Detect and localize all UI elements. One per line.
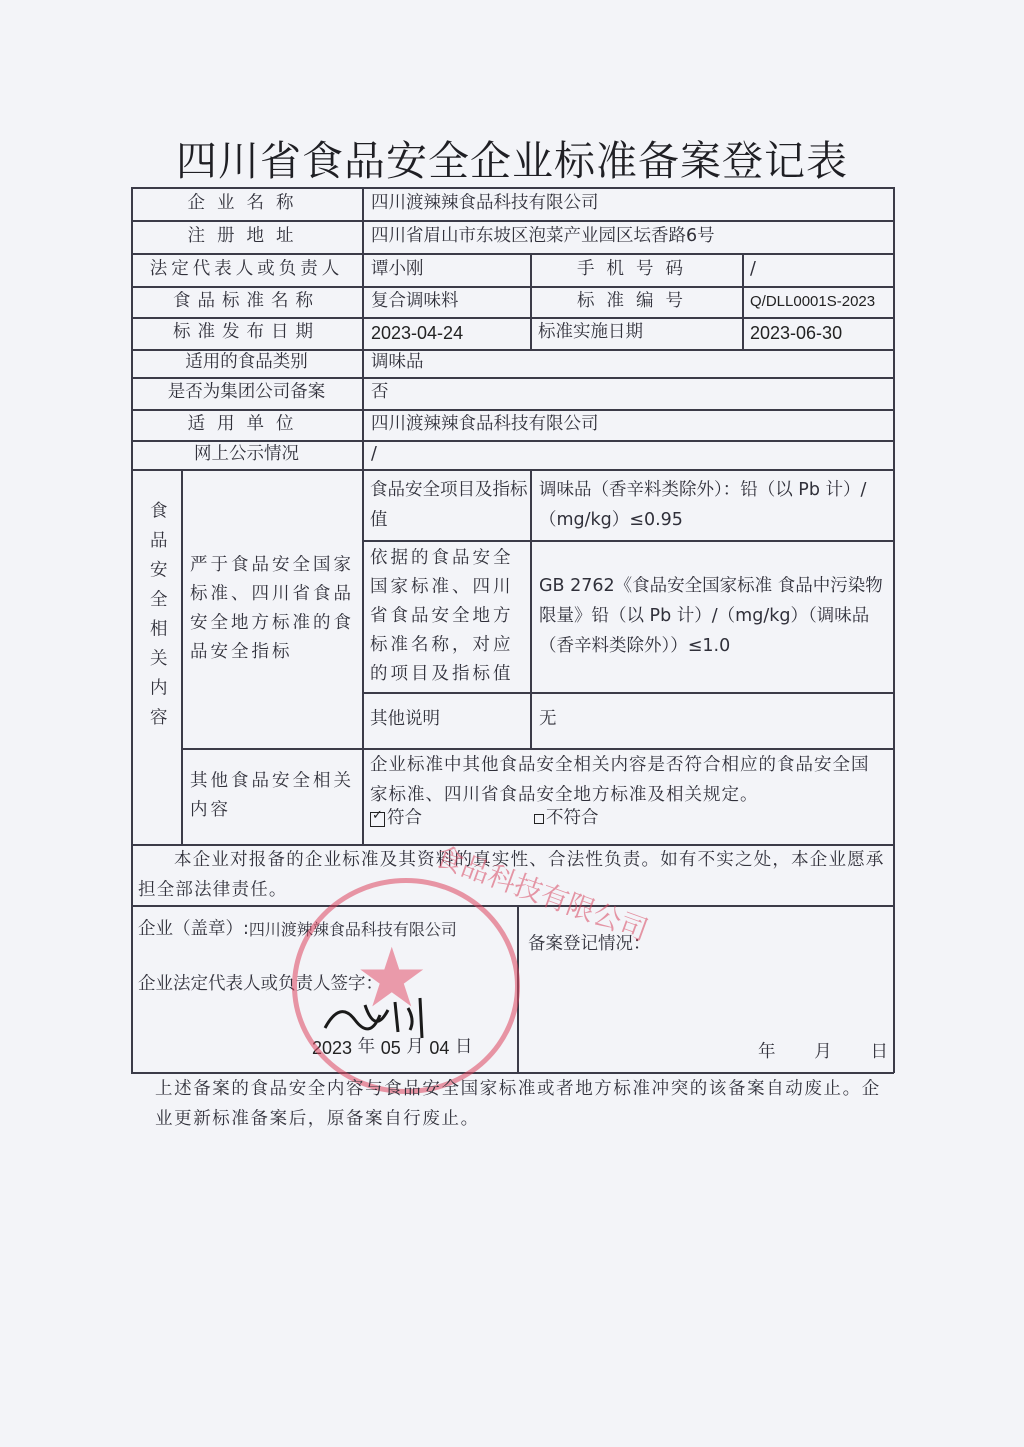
legal-rep-value: 谭小刚: [371, 253, 526, 286]
effective-date-label: 标准实施日期: [538, 317, 738, 349]
sign-date-month: 05: [381, 1039, 401, 1057]
filing-date: 年 月 日: [758, 1038, 888, 1068]
option-comply-label: 符合: [387, 810, 422, 828]
food-category-label: 适用的食品类别: [131, 349, 362, 377]
stricter-indicators-label: 严于食品安全国家标准、四川省食品安全地方标准的食品安全指标: [190, 469, 356, 748]
divider: [742, 253, 744, 349]
company-seal-value: 四川渡辣辣食品科技有限公司: [249, 922, 457, 938]
other-safety-text: 企业标准中其他食品安全相关内容是否符合相应的食品安全国家标准、四川省食品安全地方…: [370, 750, 885, 810]
address-value: 四川省眉山市东坡区泡菜产业园区坛香路6号: [371, 220, 891, 253]
option-not-comply[interactable]: 不符合: [534, 806, 704, 832]
basis-standard-label: 依据的食品安全国家标准、四川省食品安全地方标准名称，对应的项目及指标值: [370, 540, 528, 692]
safety-item-value: 调味品（香辛料类除外）：铅（以 Pb 计）/（mg/kg）≤0.95: [539, 469, 889, 540]
safety-section-label-cell: 食品安全相关内容: [132, 469, 181, 844]
sign-date: 2023 年 05 月 04 日: [312, 1033, 512, 1063]
applicable-unit-value: 四川渡辣辣食品科技有限公司: [371, 409, 891, 440]
legal-rep-label: 法定代表人或负责人: [131, 253, 362, 286]
divider: [517, 905, 519, 1072]
standard-number-value: Q/DLL0001S-2023: [750, 286, 890, 317]
online-publicity-label: 网上公示情况: [131, 440, 362, 469]
divider: [131, 905, 894, 907]
standard-name-value: 复合调味料: [371, 286, 526, 317]
divider: [362, 187, 364, 844]
food-category-value: 调味品: [371, 349, 891, 377]
signer-label: 企业法定代表人或负责人签字：: [138, 970, 513, 1000]
standard-number-label: 标准编号: [530, 286, 742, 317]
safety-item-label: 食品安全项目及指标值: [370, 469, 528, 540]
footnote: 上述备案的食品安全内容与食品安全国家标准或者地方标准冲突的该备案自动废止。企业更…: [155, 1074, 885, 1134]
year-char: 年: [358, 1039, 376, 1057]
company-name-label: 企业名称: [131, 187, 362, 220]
checkbox-checked-icon[interactable]: [370, 812, 385, 827]
safety-section-label: 食品安全相关内容: [148, 501, 166, 737]
checkbox-unchecked-icon[interactable]: [534, 814, 544, 824]
release-date-value: 2023-04-24: [371, 317, 526, 349]
month-char: 月: [406, 1039, 424, 1057]
other-notes-value: 无: [539, 692, 889, 748]
option-comply[interactable]: 符合: [370, 806, 540, 832]
declaration-text: 本企业对报备的企业标准及其资料的真实性、合法性负责。如有不实之处，本企业愿承担全…: [138, 845, 888, 905]
divider: [181, 469, 183, 844]
standard-name-label: 食品标准名称: [131, 286, 362, 317]
sign-date-year: 2023: [312, 1039, 352, 1057]
page-title: 四川省食品安全企业标准备案登记表: [0, 128, 1024, 187]
filing-day-char: 日: [871, 1044, 889, 1062]
online-publicity-value: /: [371, 440, 891, 469]
other-safety-label: 其他食品安全相关内容: [190, 748, 356, 844]
sign-date-day: 04: [429, 1039, 449, 1057]
filing-year-char: 年: [758, 1044, 776, 1062]
group-filing-label: 是否为集团公司备案: [131, 377, 362, 409]
divider: [893, 187, 895, 1073]
filing-status-label: 备案登记情况：: [528, 930, 828, 960]
divider: [530, 469, 532, 748]
phone-label: 手机号码: [530, 253, 742, 286]
company-seal-label: 企业（盖章）:: [138, 921, 249, 939]
filing-month-char: 月: [814, 1044, 832, 1062]
phone-value: /: [750, 253, 890, 286]
day-char: 日: [455, 1039, 473, 1057]
company-seal-line: 企业（盖章）: 四川渡辣辣食品科技有限公司: [138, 915, 513, 945]
address-label: 注册地址: [131, 220, 362, 253]
option-not-comply-label: 不符合: [546, 810, 599, 828]
other-notes-label: 其他说明: [370, 692, 528, 748]
effective-date-value: 2023-06-30: [750, 317, 890, 349]
applicable-unit-label: 适用单位: [131, 409, 362, 440]
basis-standard-value: GB 2762《食品安全国家标准 食品中污染物限量》铅（以 Pb 计）/（mg/…: [539, 540, 891, 692]
company-name-value: 四川渡辣辣食品科技有限公司: [371, 187, 891, 220]
group-filing-value: 否: [371, 377, 891, 409]
release-date-label: 标准发布日期: [131, 317, 362, 349]
